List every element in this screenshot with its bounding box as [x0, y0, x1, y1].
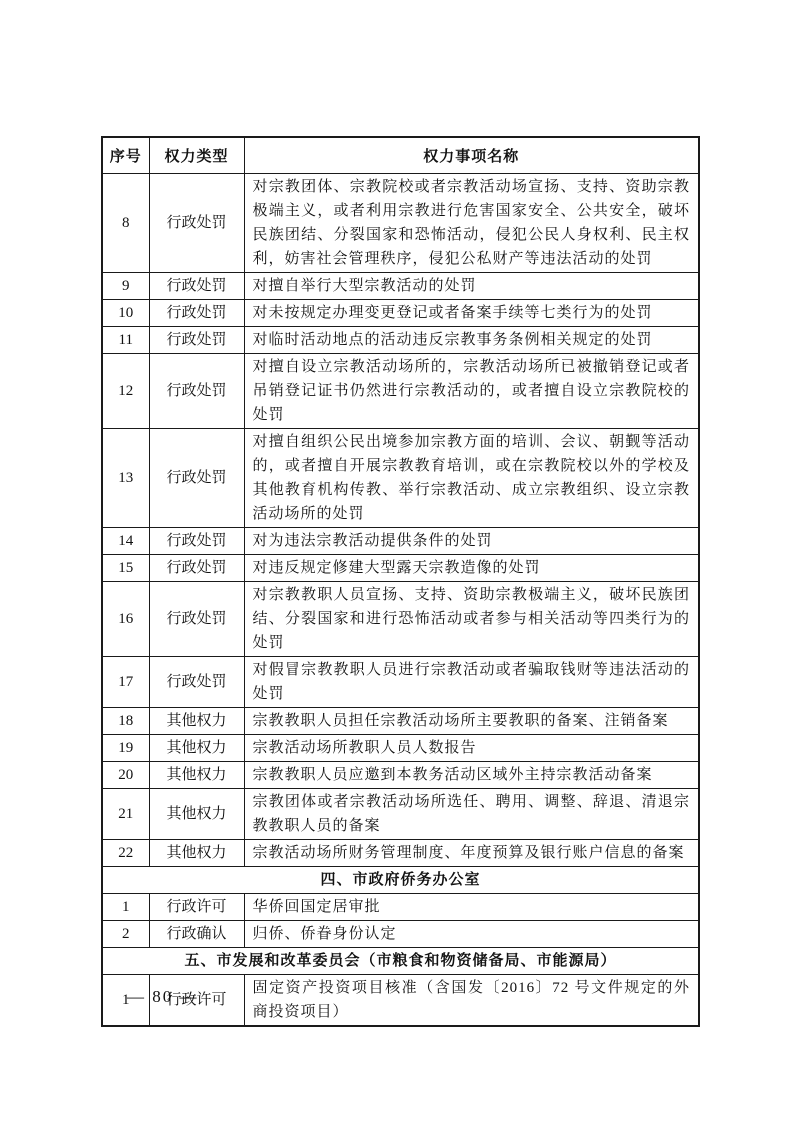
power-item-name-cell: 宗教活动场所教职人员人数报告 [244, 734, 699, 761]
row-number-cell: 12 [102, 353, 149, 428]
power-item-name-cell: 对擅自设立宗教活动场所的，宗教活动场所已被撤销登记或者吊销登记证书仍然进行宗教活… [244, 353, 699, 428]
table-row: 12行政处罚对擅自设立宗教活动场所的，宗教活动场所已被撤销登记或者吊销登记证书仍… [102, 353, 699, 428]
header-row: 序号 权力类型 权力事项名称 [102, 137, 699, 173]
row-number-cell: 20 [102, 761, 149, 788]
table-row: 16行政处罚对宗教教职人员宣扬、支持、资助宗教极端主义，破坏民族团结、分裂国家和… [102, 581, 699, 656]
power-type-cell: 行政处罚 [149, 173, 244, 272]
power-type-cell: 其他权力 [149, 734, 244, 761]
power-item-name-cell: 宗教教职人员担任宗教活动场所主要教职的备案、注销备案 [244, 707, 699, 734]
power-type-cell: 行政处罚 [149, 299, 244, 326]
power-item-name-cell: 对擅自举行大型宗教活动的处罚 [244, 272, 699, 299]
table-row: 22其他权力宗教活动场所财务管理制度、年度预算及银行账户信息的备案 [102, 839, 699, 866]
power-item-name-cell: 归侨、侨眷身份认定 [244, 920, 699, 947]
table-row: 19其他权力宗教活动场所教职人员人数报告 [102, 734, 699, 761]
header-cell-power-type: 权力类型 [149, 137, 244, 173]
row-number-cell: 2 [102, 920, 149, 947]
power-item-name-cell: 华侨回国定居审批 [244, 893, 699, 920]
power-type-cell: 其他权力 [149, 839, 244, 866]
power-item-name-cell: 对宗教团体、宗教院校或者宗教活动场宣扬、支持、资助宗教极端主义，或者利用宗教进行… [244, 173, 699, 272]
table-row: 11行政处罚对临时活动地点的活动违反宗教事务条例相关规定的处罚 [102, 326, 699, 353]
row-number-cell: 9 [102, 272, 149, 299]
section-title: 五、市发展和改革委员会（市粮食和物资储备局、市能源局） [102, 947, 699, 974]
row-number-cell: 22 [102, 839, 149, 866]
row-number-cell: 17 [102, 656, 149, 707]
row-number-cell: 16 [102, 581, 149, 656]
section-title: 四、市政府侨务办公室 [102, 866, 699, 893]
row-number-cell: 19 [102, 734, 149, 761]
row-number-cell: 1 [102, 893, 149, 920]
table-row: 15行政处罚对违反规定修建大型露天宗教造像的处罚 [102, 554, 699, 581]
power-item-name-cell: 宗教活动场所财务管理制度、年度预算及银行账户信息的备案 [244, 839, 699, 866]
header-cell-number: 序号 [102, 137, 149, 173]
table-row: 9行政处罚对擅自举行大型宗教活动的处罚 [102, 272, 699, 299]
power-item-name-cell: 宗教团体或者宗教活动场所选任、聘用、调整、辞退、清退宗教教职人员的备案 [244, 788, 699, 839]
power-type-cell: 行政处罚 [149, 326, 244, 353]
power-type-cell: 其他权力 [149, 707, 244, 734]
power-type-cell: 行政处罚 [149, 656, 244, 707]
table-row: 17行政处罚对假冒宗教教职人员进行宗教活动或者骗取钱财等违法活动的处罚 [102, 656, 699, 707]
power-type-cell: 行政处罚 [149, 527, 244, 554]
power-item-name-cell: 固定资产投资项目核准（含国发〔2016〕72 号文件规定的外商投资项目） [244, 974, 699, 1026]
table-row: 18其他权力宗教教职人员担任宗教活动场所主要教职的备案、注销备案 [102, 707, 699, 734]
power-item-name-cell: 对假冒宗教教职人员进行宗教活动或者骗取钱财等违法活动的处罚 [244, 656, 699, 707]
row-number-cell: 21 [102, 788, 149, 839]
power-item-name-cell: 对为违法宗教活动提供条件的处罚 [244, 527, 699, 554]
table-row: 13行政处罚对擅自组织公民出境参加宗教方面的培训、会议、朝觐等活动的，或者擅自开… [102, 428, 699, 527]
power-type-cell: 行政处罚 [149, 554, 244, 581]
header-cell-item-name: 权力事项名称 [244, 137, 699, 173]
power-item-name-cell: 对临时活动地点的活动违反宗教事务条例相关规定的处罚 [244, 326, 699, 353]
row-number-cell: 15 [102, 554, 149, 581]
table-body: 8行政处罚对宗教团体、宗教院校或者宗教活动场宣扬、支持、资助宗教极端主义，或者利… [102, 173, 699, 1026]
power-type-cell: 其他权力 [149, 761, 244, 788]
power-type-cell: 其他权力 [149, 788, 244, 839]
table-row: 2行政确认归侨、侨眷身份认定 [102, 920, 699, 947]
power-type-cell: 行政许可 [149, 893, 244, 920]
table-row: 21其他权力宗教团体或者宗教活动场所选任、聘用、调整、辞退、清退宗教教职人员的备… [102, 788, 699, 839]
row-number-cell: 8 [102, 173, 149, 272]
power-item-name-cell: 对违反规定修建大型露天宗教造像的处罚 [244, 554, 699, 581]
power-item-name-cell: 对宗教教职人员宣扬、支持、资助宗教极端主义，破坏民族团结、分裂国家和进行恐怖活动… [244, 581, 699, 656]
row-number-cell: 18 [102, 707, 149, 734]
section-row: 五、市发展和改革委员会（市粮食和物资储备局、市能源局） [102, 947, 699, 974]
table-row: 8行政处罚对宗教团体、宗教院校或者宗教活动场宣扬、支持、资助宗教极端主义，或者利… [102, 173, 699, 272]
power-items-table: 序号 权力类型 权力事项名称 8行政处罚对宗教团体、宗教院校或者宗教活动场宣扬、… [101, 136, 700, 1027]
document-page: 序号 权力类型 权力事项名称 8行政处罚对宗教团体、宗教院校或者宗教活动场宣扬、… [0, 0, 793, 1122]
row-number-cell: 11 [102, 326, 149, 353]
section-row: 四、市政府侨务办公室 [102, 866, 699, 893]
power-item-name-cell: 对未按规定办理变更登记或者备案手续等七类行为的处罚 [244, 299, 699, 326]
row-number-cell: 13 [102, 428, 149, 527]
power-item-name-cell: 宗教教职人员应邀到本教务活动区域外主持宗教活动备案 [244, 761, 699, 788]
power-type-cell: 行政处罚 [149, 353, 244, 428]
power-item-name-cell: 对擅自组织公民出境参加宗教方面的培训、会议、朝觐等活动的，或者擅自开展宗教教育培… [244, 428, 699, 527]
table-row: 1行政许可华侨回国定居审批 [102, 893, 699, 920]
table-header: 序号 权力类型 权力事项名称 [102, 137, 699, 173]
power-type-cell: 行政处罚 [149, 272, 244, 299]
row-number-cell: 14 [102, 527, 149, 554]
row-number-cell: 10 [102, 299, 149, 326]
power-type-cell: 行政确认 [149, 920, 244, 947]
table-row: 20其他权力宗教教职人员应邀到本教务活动区域外主持宗教活动备案 [102, 761, 699, 788]
power-type-cell: 行政处罚 [149, 428, 244, 527]
page-number: — 80 — [127, 987, 199, 1007]
table-row: 10行政处罚对未按规定办理变更登记或者备案手续等七类行为的处罚 [102, 299, 699, 326]
power-type-cell: 行政处罚 [149, 581, 244, 656]
table-row: 14行政处罚对为违法宗教活动提供条件的处罚 [102, 527, 699, 554]
